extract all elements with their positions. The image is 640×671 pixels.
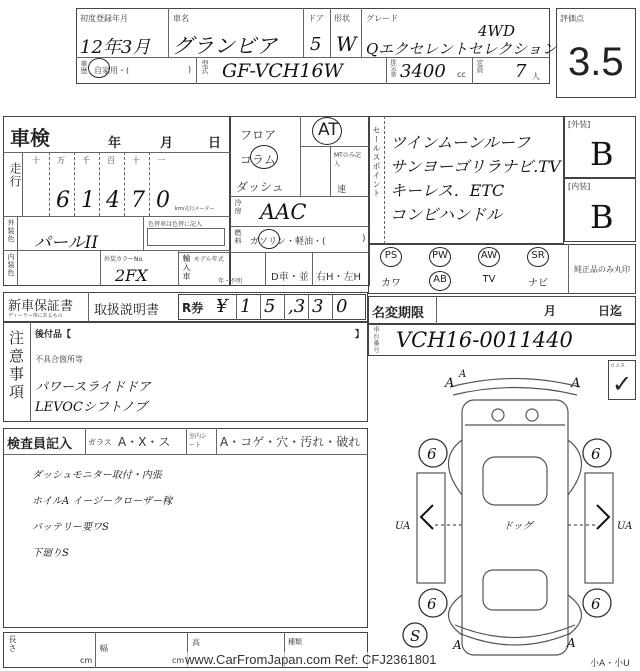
equipment-circle xyxy=(380,247,402,267)
seat-label: 室内シート xyxy=(189,431,211,449)
equipment-circle xyxy=(429,271,451,291)
svg-text:6: 6 xyxy=(427,595,437,613)
capacity-label: 定員 xyxy=(475,59,485,73)
recycle-digit: 1 xyxy=(240,296,251,317)
model-year-unknown: 年・不明 xyxy=(218,276,242,285)
capacity-value: 7 xyxy=(515,61,526,82)
model-label: 型式 xyxy=(200,60,210,74)
watermark: www.CarFromJapan.com Ref: CFJ2361801 xyxy=(185,652,436,667)
color-change-label: 色替車は色替に記入 xyxy=(148,219,202,228)
mileage-digit-label: 千 xyxy=(82,155,90,166)
manual-label: 取扱説明書 xyxy=(94,299,159,318)
sales-point-line: キーレス．ETC xyxy=(390,178,504,201)
inspector-line: バッテリー要ワS xyxy=(32,518,109,533)
color-no-value: 2FX xyxy=(115,266,148,285)
shift-floor: フロア xyxy=(240,126,276,143)
equipment-カワ: カワ xyxy=(372,274,410,289)
svg-text:A: A xyxy=(570,376,580,391)
mileage-unit-note: km/走行メーター xyxy=(175,205,214,212)
exterior-grade-label: [外装] xyxy=(568,119,590,130)
note-line: パワースライドドア xyxy=(35,376,151,395)
mileage-digit: 0 xyxy=(156,188,170,213)
mileage-digit-label: 十 xyxy=(32,155,40,166)
mileage-digit: 4 xyxy=(106,188,120,213)
grade-value: Qエクセレントセレクション xyxy=(366,38,557,59)
mileage-digit-label: 百 xyxy=(107,155,115,166)
extra-label: 種類 xyxy=(288,637,302,647)
equipment-circle xyxy=(527,247,549,267)
recycle-divider xyxy=(284,294,285,320)
displacement-unit: cc xyxy=(457,70,466,79)
defects-label: 不具合箇所等 xyxy=(35,354,83,365)
interior-grade-label: [内装] xyxy=(568,181,590,192)
exterior-color-label: 外装色 xyxy=(6,219,16,243)
seat-options: A・コゲ・穴・汚れ・破れ xyxy=(220,433,360,450)
glass-label: ガラス xyxy=(88,437,112,448)
interior-color-label: 内装色 xyxy=(6,253,16,277)
svg-text:6: 6 xyxy=(591,445,601,463)
model-value: GF-VCH16W xyxy=(222,60,343,82)
mileage-digit: 6 xyxy=(56,188,70,213)
exterior-grade-value: B xyxy=(590,135,614,173)
length-unit: cm xyxy=(80,656,92,665)
recycle-digit: ¥ xyxy=(216,296,227,317)
equipment-TV: TV xyxy=(470,274,508,285)
mileage-divider xyxy=(124,152,125,216)
score-label: 評価点 xyxy=(560,13,584,24)
length-label: 長さ xyxy=(7,635,18,653)
grade-label: グレード xyxy=(366,13,398,24)
equipment-circle xyxy=(478,247,500,267)
recycle-divider xyxy=(308,294,309,320)
aircon-value: AAC xyxy=(260,200,306,224)
inspector-line: 下廻りS xyxy=(32,544,69,559)
mt-note: MTのみ記入 xyxy=(334,150,364,168)
mileage-digit-label: 一 xyxy=(157,155,165,166)
car-diagram: 6 6 6 6 A A A UA UA ドッグ S A A xyxy=(395,365,635,665)
transmission-circle xyxy=(312,117,342,145)
mileage-digit-label: 万 xyxy=(57,155,65,166)
inspector-label: 検査員記入 xyxy=(7,433,72,452)
first-reg-value: 12年3月 xyxy=(80,33,150,59)
recycle-digit: 3 xyxy=(312,296,323,317)
sales-point-line: サンヨーゴリラナビ.TV xyxy=(390,154,561,177)
doors-value: 5 xyxy=(310,34,321,55)
car-name-value: グランビア xyxy=(172,30,277,60)
sales-point-line: コンビハンドル xyxy=(390,202,502,225)
model-year-label: モデル年式 xyxy=(194,254,224,263)
mileage-divider xyxy=(49,152,50,216)
car-name-label: 車名 xyxy=(173,13,189,24)
note-line: LEVOCシフトノブ xyxy=(35,396,147,415)
svg-text:6: 6 xyxy=(427,445,437,463)
svg-text:UA: UA xyxy=(617,521,632,532)
width-unit: cm xyxy=(172,656,184,665)
mileage-digit: 7 xyxy=(131,188,145,213)
color-no-label: 外装カラーNo. xyxy=(104,254,144,263)
svg-text:A: A xyxy=(444,376,454,391)
sales-points-label: セールスポイント xyxy=(371,126,382,198)
mileage-digit: 1 xyxy=(81,188,95,213)
svg-text:A: A xyxy=(458,369,466,380)
shaken-day: 日 xyxy=(208,132,221,151)
name-change-month: 月 xyxy=(544,302,556,319)
score-value: 3.5 xyxy=(568,40,624,85)
doors-label: ドア xyxy=(308,13,324,24)
aftermarket-label: 後付品【 xyxy=(35,327,71,340)
speed-label: 速 xyxy=(337,182,346,195)
steering-option: 右H・左H xyxy=(316,268,361,283)
svg-text:A: A xyxy=(566,636,576,650)
dealer-note: ディーラー車にあるもの xyxy=(8,312,63,319)
svg-text:UA: UA xyxy=(395,521,410,532)
displacement-value: 3400 xyxy=(400,61,446,82)
shaken-month: 月 xyxy=(160,132,173,151)
capacity-unit: 人 xyxy=(532,71,540,82)
inspector-line: ダッシュモニター取付・内張 xyxy=(32,466,162,481)
equipment-ナビ: ナビ xyxy=(519,274,557,289)
shift-selected-circle xyxy=(250,145,278,169)
history-value: 自家用・( xyxy=(94,65,129,76)
height-label: 高 xyxy=(192,637,200,648)
svg-text:ドッグ: ドッグ xyxy=(503,520,535,532)
svg-text:S: S xyxy=(410,627,420,645)
chassis-value: VCH16-0011440 xyxy=(396,328,573,352)
shaken-title: 車検 xyxy=(10,122,50,151)
inspector-line: ホイルA イージークローザー稼 xyxy=(32,492,172,507)
notes-label: 注意事項 xyxy=(6,330,27,402)
recycle-label: R券 xyxy=(182,299,203,316)
name-change-day: 日迄 xyxy=(598,302,622,319)
fuel-selected-circle xyxy=(258,229,280,249)
recycle-divider xyxy=(260,294,261,320)
mileage-divider xyxy=(149,152,150,216)
chassis-label: 車台番号 xyxy=(371,326,380,354)
diagram-footer: 小A・小U xyxy=(590,656,630,669)
equipment-circle xyxy=(429,247,451,267)
aftermarket-close: 】 xyxy=(355,327,364,340)
interior-grade-value: B xyxy=(590,198,614,236)
recycle-digit: ,3 xyxy=(288,296,305,317)
sales-point-line: ツインムーンルーフ xyxy=(390,130,530,153)
shape-value: W xyxy=(336,32,357,56)
displacement-label: 排気量 xyxy=(388,59,397,77)
svg-text:6: 6 xyxy=(591,595,601,613)
mileage-digit-label: 十 xyxy=(132,155,140,166)
recycle-divider xyxy=(236,294,237,320)
fuel-close: ) xyxy=(362,234,366,244)
shape-label: 形状 xyxy=(334,13,350,24)
mileage-divider xyxy=(99,152,100,216)
import-label: 輸入車 xyxy=(181,254,192,281)
shift-dash: ダッシュ xyxy=(236,178,284,195)
recycle-digit: 0 xyxy=(336,296,347,317)
first-reg-label: 初度登録年月 xyxy=(80,13,128,24)
name-change-label: 名変期限 xyxy=(372,302,424,321)
mileage-divider xyxy=(74,152,75,216)
recycle-digit: 5 xyxy=(264,296,275,317)
aircon-label: 冷房 xyxy=(233,199,243,215)
svg-text:A: A xyxy=(452,638,462,652)
dealer-option: D車・並 xyxy=(271,268,309,283)
recycle-divider xyxy=(332,294,333,320)
shaken-year: 年 xyxy=(108,132,121,151)
fuel-label: 燃料 xyxy=(233,229,243,245)
width-label: 幅 xyxy=(100,643,108,654)
genuine-note: 純正品のみ丸印 xyxy=(572,264,632,275)
glass-options: A・X・ス xyxy=(118,433,170,450)
history-close: ) xyxy=(188,65,191,74)
